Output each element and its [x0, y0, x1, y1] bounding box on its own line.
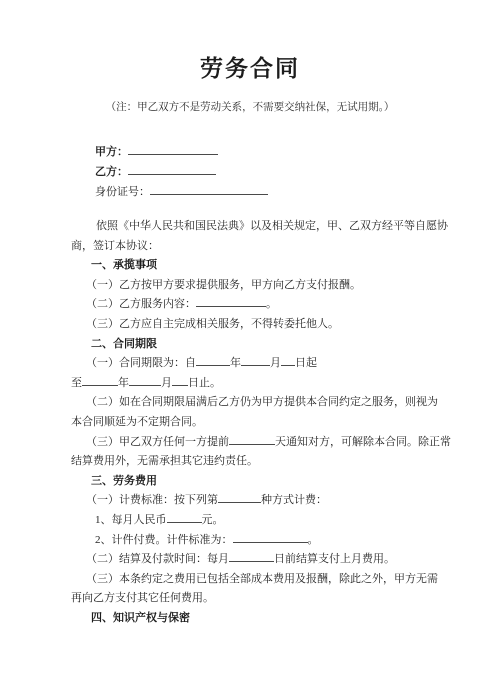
text-segment: （二）乙方服务内容： — [86, 298, 196, 310]
text-segment: 日前结算支付上月费用。 — [274, 553, 395, 565]
document-body: 依照《中华人民共和国民法典》以及相关规定，甲、乙双方经平等自愿协商，签订本协议：… — [71, 217, 439, 628]
text-segment: （二）如在合同期限届满后乙方仍为甲方提供本合同约定之服务，则视为 — [86, 396, 438, 408]
text-segment: 元。 — [202, 514, 224, 526]
id-number-line-label: 身份证号： — [95, 186, 150, 198]
party-b-line: 乙方： — [95, 163, 500, 183]
text-segment: （一）合同期限为：自 — [86, 357, 196, 369]
text-segment: 结算费用外，无需承担其它违约责任。 — [71, 455, 258, 467]
text-segment: 月 — [270, 357, 281, 369]
contract-line: （三）乙方应自主完成相关服务，不得转委托他人。 — [71, 315, 439, 335]
party-a-line: 甲方： — [95, 143, 500, 163]
document-title: 劳务合同 — [0, 0, 500, 84]
contract-line: （二）乙方服务内容：。 — [71, 295, 439, 315]
text-segment: 本合同顺延为不定期合同。 — [71, 416, 203, 428]
text-segment: （一）乙方按甲方要求提供服务，甲方向乙方支付报酬。 — [86, 279, 361, 291]
contract-line: （一）合同期限为：自年月日起 — [71, 354, 439, 374]
id-number-line-blank — [150, 183, 268, 195]
party-a-line-blank — [128, 143, 218, 155]
contract-line: 本合同顺延为不定期合同。 — [71, 413, 439, 433]
contract-line: （三）甲乙双方任何一方提前天通知对方，可解除本合同。除正常 — [71, 433, 439, 453]
text-segment: （三）乙方应自主完成相关服务，不得转委托他人。 — [86, 318, 339, 330]
contract-line: （二）如在合同期限届满后乙方仍为甲方提供本合同约定之服务，则视为 — [71, 393, 439, 413]
section-heading: 一、承揽事项 — [71, 256, 439, 276]
text-segment: （三）甲乙双方任何一方提前 — [86, 436, 229, 448]
text-segment: 再向乙方支付其它任何费用。 — [71, 592, 214, 604]
blank-field — [241, 354, 270, 366]
blank-field — [129, 374, 161, 386]
contract-line: 再向乙方支付其它任何费用。 — [71, 589, 439, 609]
contract-line: （三）本条约定之费用已包括全部成本费用及报酬，除此之外，甲方无需 — [71, 570, 439, 590]
text-segment: 依照《中华人民共和国民法典》以及相关规定，甲、乙双方经平等自愿协 — [96, 220, 448, 232]
blank-field — [233, 531, 308, 543]
id-number-line: 身份证号： — [95, 183, 500, 203]
party-b-line-label: 乙方： — [95, 166, 128, 178]
text-segment: 商，签订本协议： — [71, 240, 159, 252]
blank-field — [229, 433, 275, 445]
text-segment: 。 — [308, 534, 319, 546]
text-segment: 2、计件付费。计件标准为： — [95, 534, 233, 546]
contract-page: 劳务合同 （注：甲乙双方不是劳动关系，不需要交纳社保，无试用期。） 甲方：乙方：… — [0, 0, 500, 694]
blank-field — [281, 354, 295, 366]
contract-line: 1、每月人民币元。 — [71, 511, 439, 531]
contract-line: 至年月日止。 — [71, 374, 439, 394]
text-segment: 至 — [71, 377, 82, 389]
text-segment: 天通知对方，可解除本合同。除正常 — [275, 436, 451, 448]
section-heading: 四、知识产权与保密 — [71, 609, 439, 629]
text-segment: 种方式计费： — [261, 494, 327, 506]
text-segment: 年 — [118, 377, 129, 389]
text-segment: （一）计费标准：按下列第 — [86, 494, 218, 506]
blank-field — [229, 550, 274, 562]
text-segment: 月 — [161, 377, 172, 389]
text-segment: 四、知识产权与保密 — [91, 612, 190, 624]
blank-field — [172, 374, 188, 386]
text-segment: 。 — [266, 298, 277, 310]
blank-field — [167, 511, 202, 523]
contract-line: （二）结算及付款时间：每月日前结算支付上月费用。 — [71, 550, 439, 570]
blank-field — [82, 374, 118, 386]
section-heading: 三、劳务费用 — [71, 472, 439, 492]
contract-line: 结算费用外，无需承担其它违约责任。 — [71, 452, 439, 472]
contract-line: 依照《中华人民共和国民法典》以及相关规定，甲、乙双方经平等自愿协 — [71, 217, 439, 237]
text-segment: （三）本条约定之费用已包括全部成本费用及报酬，除此之外，甲方无需 — [86, 573, 438, 585]
contract-line: 商，签订本协议： — [71, 237, 439, 257]
text-segment: 日起 — [295, 357, 317, 369]
text-segment: 一、承揽事项 — [91, 259, 157, 271]
section-heading: 二、合同期限 — [71, 335, 439, 355]
blank-field — [196, 354, 230, 366]
party-a-line-label: 甲方： — [95, 146, 128, 158]
text-segment: 年 — [230, 357, 241, 369]
contract-line: （一）计费标准：按下列第种方式计费： — [71, 491, 439, 511]
contract-line: 2、计件付费。计件标准为：。 — [71, 531, 439, 551]
text-segment: 二、合同期限 — [91, 338, 157, 350]
text-segment: 日止。 — [188, 377, 221, 389]
text-segment: 1、每月人民币 — [95, 514, 167, 526]
document-note: （注：甲乙双方不是劳动关系，不需要交纳社保，无试用期。） — [0, 101, 500, 115]
blank-field — [218, 491, 261, 503]
party-b-line-blank — [128, 163, 216, 175]
text-segment: 三、劳务费用 — [91, 475, 157, 487]
contract-line: （一）乙方按甲方要求提供服务，甲方向乙方支付报酬。 — [71, 276, 439, 296]
party-block: 甲方：乙方：身份证号： — [95, 143, 500, 203]
blank-field — [196, 295, 266, 307]
text-segment: （二）结算及付款时间：每月 — [86, 553, 229, 565]
